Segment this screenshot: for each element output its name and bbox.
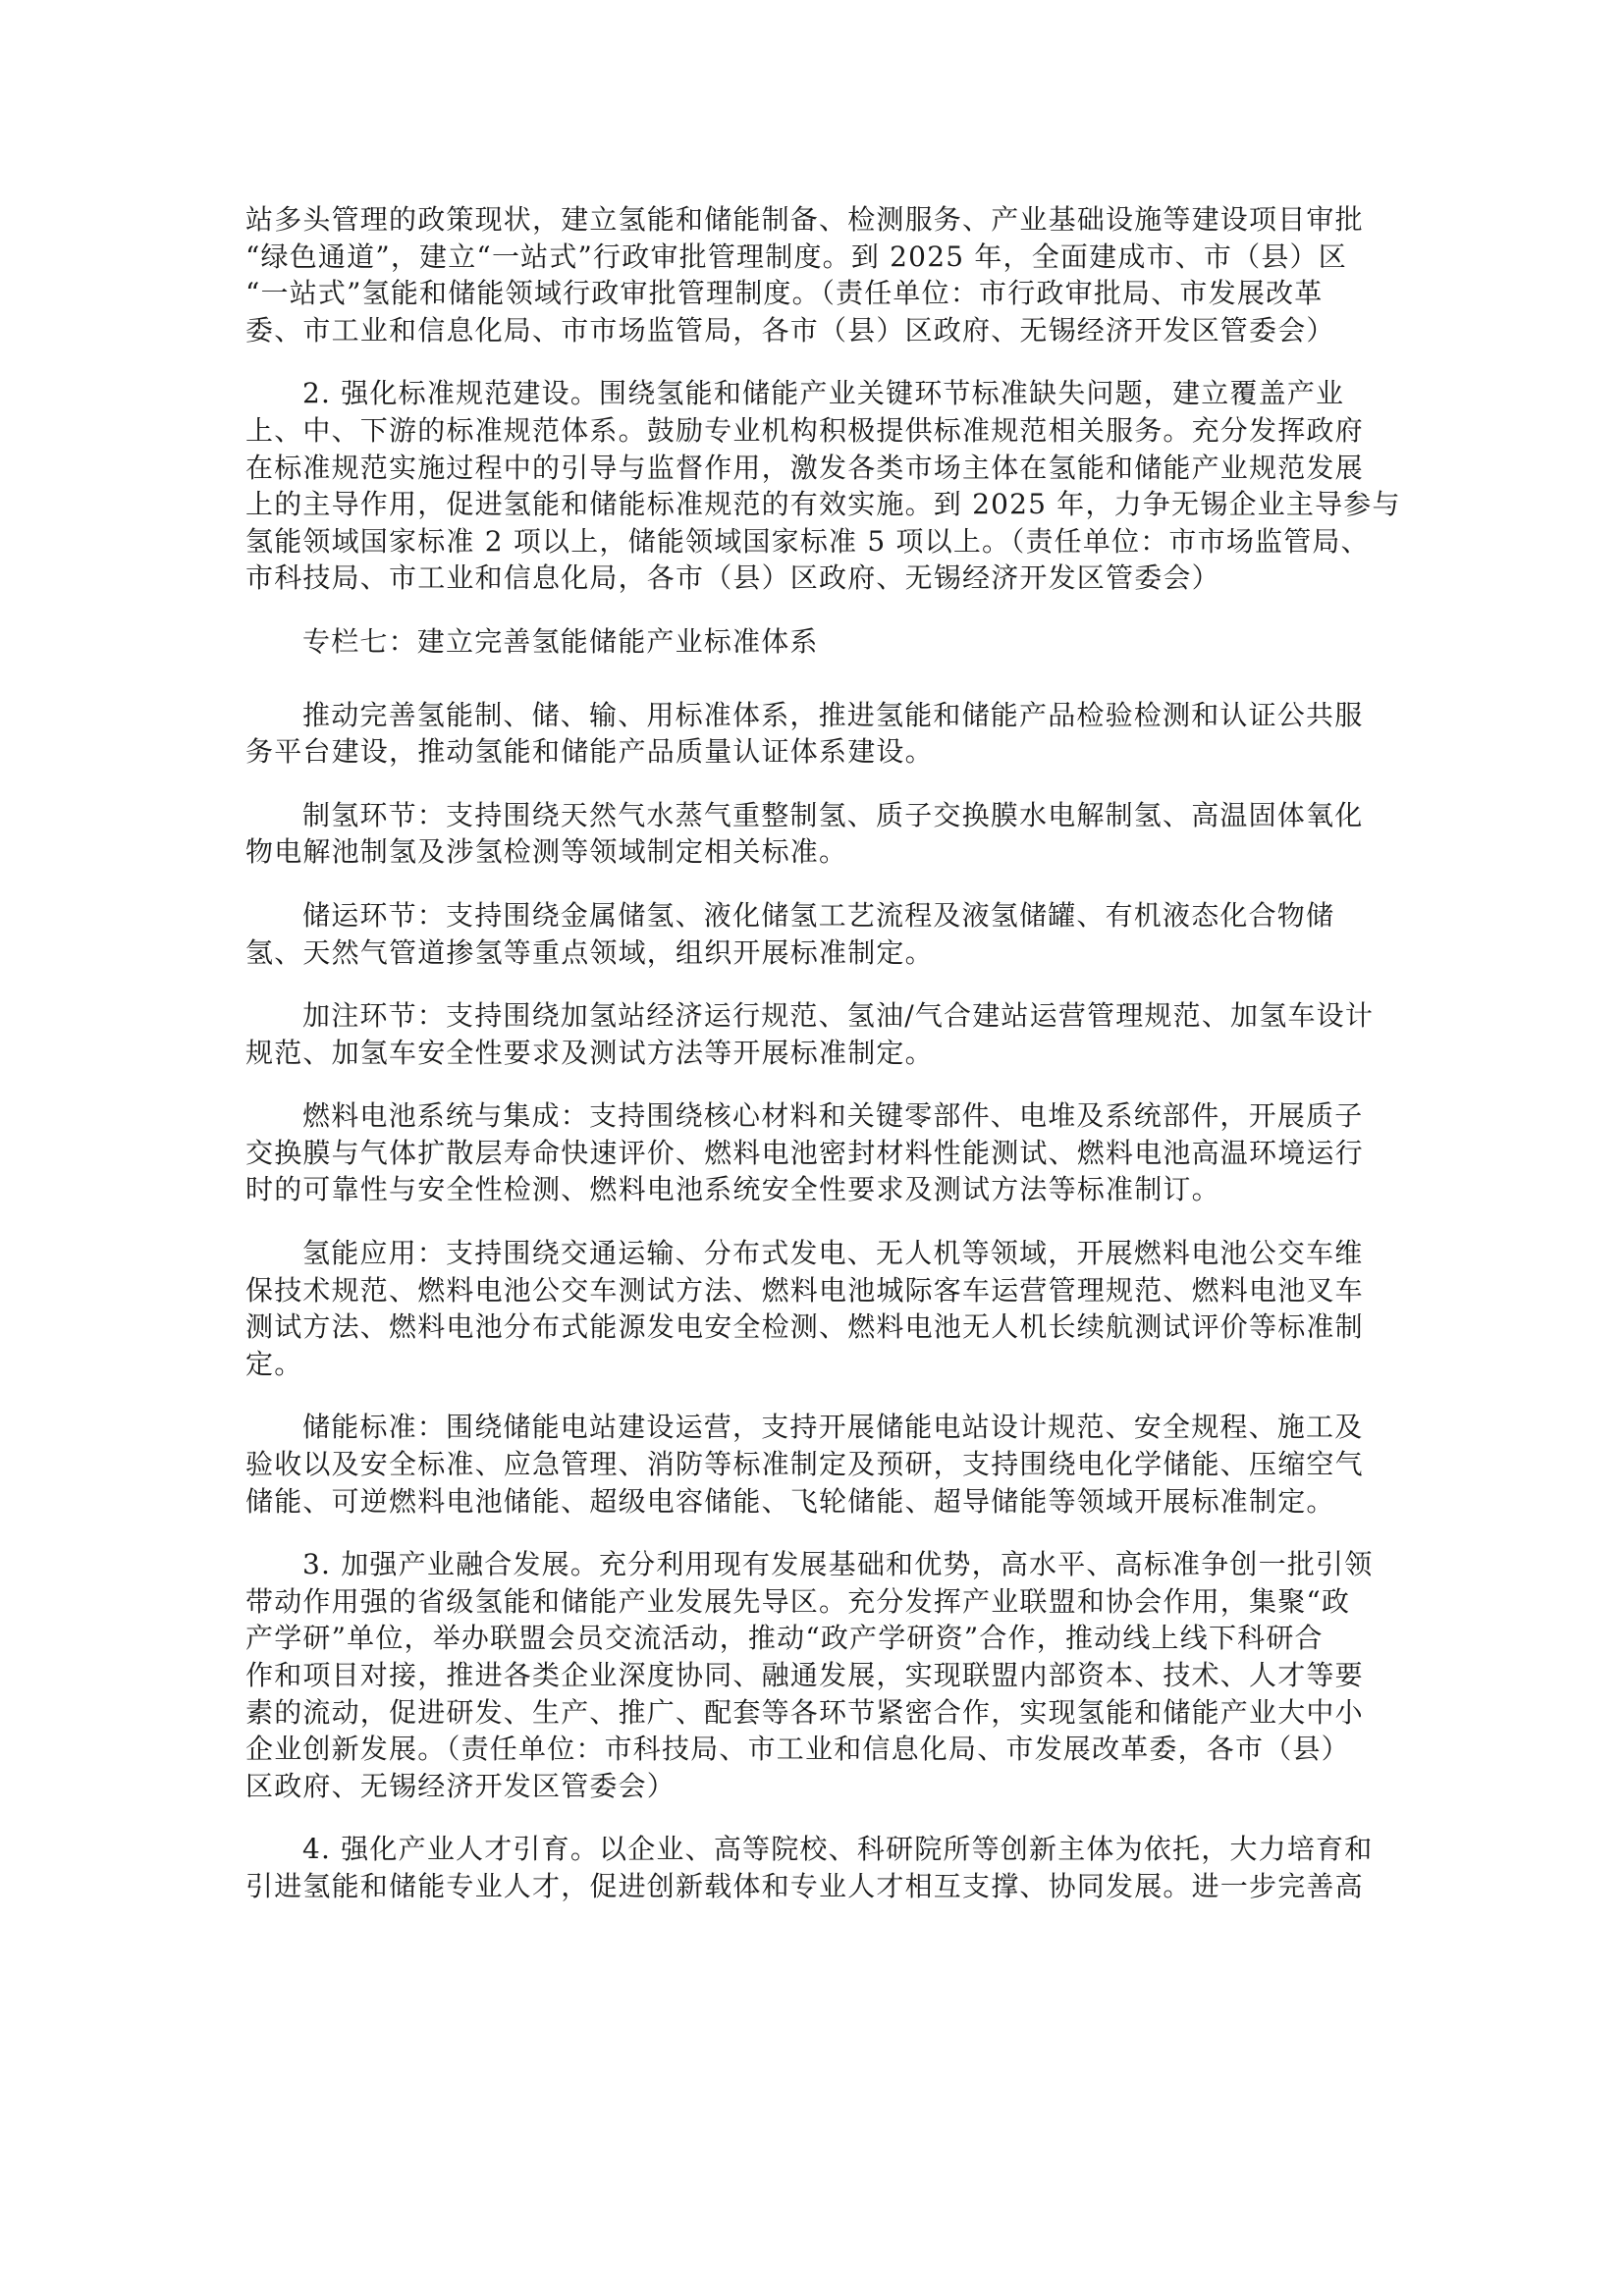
text-line: 在标准规范实施过程中的引导与监督作用，激发各类市场主体在氢能和储能产业规范发展 <box>245 450 1384 487</box>
text-line: 上、中、下游的标准规范体系。鼓励专业机构积极提供标准规范相关服务。充分发挥政府 <box>245 412 1384 450</box>
text-line: 素的流动，促进研发、生产、推广、配套等各环节紧密合作，实现氢能和储能产业大中小 <box>245 1694 1384 1732</box>
text-line: 引进氢能和储能专业人才，促进创新载体和专业人才相互支撑、协同发展。进一步完善高 <box>245 1868 1384 1905</box>
text-line: 储能、可逆燃料电池储能、超级电容储能、飞轮储能、超导储能等领域开展标准制定。 <box>245 1483 1384 1521</box>
text-line: 产学研”单位，举办联盟会员交流活动，推动“政产学研资”合作，推动线上线下科研合 <box>245 1620 1384 1657</box>
text-line: 氢能领域国家标准 2 项以上，储能领域国家标准 5 项以上。（责任单位：市市场监… <box>245 523 1384 561</box>
paragraph-column-intro: 推动完善氢能制、储、输、用标准体系，推进氢能和储能产品检验检测和认证公共服 务平… <box>245 697 1384 771</box>
paragraph-talent: 4. 强化产业人才引育。以企业、高等院校、科研院所等创新主体为依托，大力培育和 … <box>245 1831 1384 1904</box>
paragraph-industry-integration: 3. 加强产业融合发展。充分利用现有发展基础和优势，高水平、高标准争创一批引领 … <box>245 1546 1384 1804</box>
paragraph-energy-storage-standards: 储能标准：围绕储能电站建设运营，支持开展储能电站设计规范、安全规程、施工及 验收… <box>245 1409 1384 1520</box>
text-line: 验收以及安全标准、应急管理、消防等标准制定及预研，支持围绕电化学储能、压缩空气 <box>245 1446 1384 1483</box>
text-line: “绿色通道”，建立“一站式”行政审批管理制度。到 2025 年，全面建成市、市（… <box>245 239 1384 276</box>
paragraph-hydrogen-application: 氢能应用：支持围绕交通运输、分布式发电、无人机等领域，开展燃料电池公交车维 保技… <box>245 1235 1384 1382</box>
paragraph-storage-transport: 储运环节：支持围绕金属储氢、液化储氢工艺流程及液氢储罐、有机液态化合物储 氢、天… <box>245 897 1384 971</box>
text-line: 储运环节：支持围绕金属储氢、液化储氢工艺流程及液氢储罐、有机液态化合物储 <box>245 897 1384 934</box>
paragraph-refueling: 加注环节：支持围绕加氢站经济运行规范、氢油/气合建站运营管理规范、加氢车设计 规… <box>245 997 1384 1071</box>
text-line: 氢能应用：支持围绕交通运输、分布式发电、无人机等领域，开展燃料电池公交车维 <box>245 1235 1384 1272</box>
text-line: 规范、加氢车安全性要求及测试方法等开展标准制定。 <box>245 1035 1384 1072</box>
text-line: 务平台建设，推动氢能和储能产品质量认证体系建设。 <box>245 733 1384 771</box>
text-line: 时的可靠性与安全性检测、燃料电池系统安全性要求及测试方法等标准制订。 <box>245 1171 1384 1208</box>
paragraph-fuel-cell: 燃料电池系统与集成：支持围绕核心材料和关键零部件、电堆及系统部件，开展质子 交换… <box>245 1097 1384 1208</box>
text-line: 储能标准：围绕储能电站建设运营，支持开展储能电站设计规范、安全规程、施工及 <box>245 1409 1384 1446</box>
text-line: 上的主导作用，促进氢能和储能标准规范的有效实施。到 2025 年，力争无锡企业主… <box>245 486 1384 523</box>
text-line: 物电解池制氢及涉氢检测等领域制定相关标准。 <box>245 833 1384 871</box>
text-line: 制氢环节：支持围绕天然气水蒸气重整制氢、质子交换膜水电解制氢、高温固体氧化 <box>245 797 1384 834</box>
text-line: 3. 加强产业融合发展。充分利用现有发展基础和优势，高水平、高标准争创一批引领 <box>245 1546 1384 1583</box>
text-line: 带动作用强的省级氢能和储能产业发展先导区。充分发挥产业联盟和协会作用，集聚“政 <box>245 1583 1384 1621</box>
paragraph-hydrogen-production: 制氢环节：支持围绕天然气水蒸气重整制氢、质子交换膜水电解制氢、高温固体氧化 物电… <box>245 797 1384 871</box>
text-line: 企业创新发展。（责任单位：市科技局、市工业和信息化局、市发展改革委，各市（县） <box>245 1731 1384 1768</box>
text-line: 作和项目对接，推进各类企业深度协同、融通发展，实现联盟内部资本、技术、人才等要 <box>245 1657 1384 1694</box>
text-line: 区政府、无锡经济开发区管委会） <box>245 1768 1384 1805</box>
text-line: 测试方法、燃料电池分布式能源发电安全检测、燃料电池无人机长续航测试评价等标准制 <box>245 1308 1384 1346</box>
text-line: 委、市工业和信息化局、市市场监管局，各市（县）区政府、无锡经济开发区管委会） <box>245 312 1384 349</box>
text-line: 市科技局、市工业和信息化局，各市（县）区政府、无锡经济开发区管委会） <box>245 560 1384 597</box>
text-line: 燃料电池系统与集成：支持围绕核心材料和关键零部件、电堆及系统部件，开展质子 <box>245 1097 1384 1135</box>
text-line: 氢、天然气管道掺氢等重点领域，组织开展标准制定。 <box>245 934 1384 972</box>
paragraph-standards: 2. 强化标准规范建设。围绕氢能和储能产业关键环节标准缺失问题，建立覆盖产业 上… <box>245 375 1384 597</box>
text-line: 定。 <box>245 1346 1384 1383</box>
paragraph-approval-continued: 站多头管理的政策现状，建立氢能和储能制备、检测服务、产业基础设施等建设项目审批 … <box>245 201 1384 348</box>
text-line: “一站式”氢能和储能领域行政审批管理制度。（责任单位：市行政审批局、市发展改革 <box>245 275 1384 312</box>
text-line: 4. 强化产业人才引育。以企业、高等院校、科研院所等创新主体为依托，大力培育和 <box>245 1831 1384 1868</box>
text-line: 专栏七：建立完善氢能储能产业标准体系 <box>245 623 1384 661</box>
text-line: 2. 强化标准规范建设。围绕氢能和储能产业关键环节标准缺失问题，建立覆盖产业 <box>245 375 1384 412</box>
document-page: 站多头管理的政策现状，建立氢能和储能制备、检测服务、产业基础设施等建设项目审批 … <box>245 201 1384 1932</box>
column-seven-title: 专栏七：建立完善氢能储能产业标准体系 <box>245 623 1384 661</box>
text-line: 推动完善氢能制、储、输、用标准体系，推进氢能和储能产品检验检测和认证公共服 <box>245 697 1384 734</box>
text-line: 加注环节：支持围绕加氢站经济运行规范、氢油/气合建站运营管理规范、加氢车设计 <box>245 997 1384 1035</box>
text-line: 交换膜与气体扩散层寿命快速评价、燃料电池密封材料性能测试、燃料电池高温环境运行 <box>245 1135 1384 1172</box>
text-line: 保技术规范、燃料电池公交车测试方法、燃料电池城际客车运营管理规范、燃料电池叉车 <box>245 1272 1384 1309</box>
text-line: 站多头管理的政策现状，建立氢能和储能制备、检测服务、产业基础设施等建设项目审批 <box>245 201 1384 239</box>
